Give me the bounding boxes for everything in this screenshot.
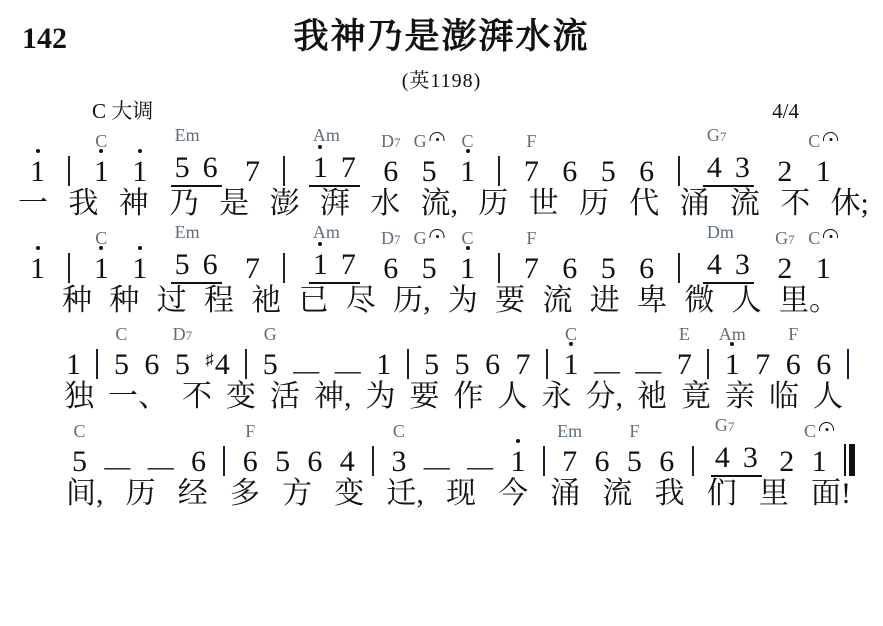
note-value: 7 <box>677 350 692 380</box>
music-line-4: 5C——66F5643C——17Em65F6G74321C <box>72 417 855 477</box>
lyric-char: 水 <box>370 187 400 222</box>
note: 1 <box>313 250 328 280</box>
lyric-char: 我 <box>655 477 685 512</box>
note: 5 <box>455 350 470 380</box>
lyric-char: 今 <box>498 477 528 512</box>
chord-seventh: 7 <box>394 233 401 246</box>
note: 6 <box>191 447 206 477</box>
time-signature: 4/4 <box>772 99 799 124</box>
barline <box>68 253 70 283</box>
beamed-notes: Dm43 <box>703 250 754 284</box>
barline <box>96 349 98 379</box>
note-value: 1 <box>376 350 391 380</box>
lyric-char: 进 <box>590 284 620 319</box>
note-value: 2 <box>777 157 792 187</box>
note: 7 <box>341 153 356 183</box>
lyric-char: 世 <box>529 187 559 222</box>
barline <box>847 349 849 379</box>
note-value: 6 <box>191 447 206 477</box>
chord-label: C <box>462 132 474 150</box>
chord-label: Em <box>557 422 582 440</box>
note: 3 <box>735 250 750 280</box>
note-value: 5 <box>601 254 616 284</box>
note-value: 1 <box>816 157 831 187</box>
chord-seventh: 7 <box>394 136 401 149</box>
chord-label: C <box>462 229 474 247</box>
note: 7 <box>245 254 260 284</box>
barline <box>692 446 694 476</box>
lyric-char: 神 <box>119 187 149 222</box>
note: 5 <box>175 250 190 280</box>
chord-seventh: 7 <box>728 420 735 433</box>
note: 4 <box>715 443 730 473</box>
note: 6 <box>203 153 218 183</box>
barline <box>678 156 680 186</box>
system-3: 15C65D7♯45G——155671C——7E1Am76F6 独一、不变活神,… <box>0 320 883 415</box>
note-value: 7 <box>516 350 531 380</box>
note: 7Em <box>562 447 577 477</box>
lyric-char: 历, <box>393 284 431 319</box>
note: 2 <box>779 447 794 477</box>
lyric-char: 现 <box>446 477 476 512</box>
chord-seventh: 7 <box>186 329 193 342</box>
chord-label: Am <box>313 223 340 241</box>
note-value: 4 <box>715 443 730 473</box>
note: ♯4 <box>205 350 230 380</box>
lyrics-line-2: 种种过程祂已尽历,为要流进卑微人里。 <box>62 284 839 319</box>
lyric-char: 祂 <box>637 380 667 415</box>
note-value: 5 <box>422 157 437 187</box>
note-value: 1 <box>725 350 740 380</box>
note-value: 1 <box>30 157 45 187</box>
sharp-sign: ♯ <box>205 350 214 369</box>
note-value: 6 <box>144 350 159 380</box>
note-value: 1 <box>132 157 147 187</box>
chord-label: Am <box>719 325 746 343</box>
lyric-char: 休; <box>831 187 869 222</box>
note-value: 5 <box>275 447 290 477</box>
lyric-char: 程 <box>204 284 234 319</box>
note: 1C <box>460 254 475 284</box>
note: 2 <box>777 157 792 187</box>
note-value: 1 <box>30 254 45 284</box>
lyrics-line-4: 间,历经多方变迁,现今涌流我们里面! <box>66 477 851 512</box>
note: 5D7 <box>175 350 190 380</box>
final-barline <box>844 444 855 476</box>
chord-label: Am <box>313 126 340 144</box>
note-value: 6 <box>383 157 398 187</box>
note-value: 6 <box>203 153 218 183</box>
lyric-char: 活 <box>270 380 300 415</box>
note-value: 5 <box>72 447 87 477</box>
lyric-char: 里 <box>759 477 789 512</box>
note: 6 <box>639 254 654 284</box>
key-time-row: C 大调 4/4 <box>0 93 883 125</box>
note-value: 1 <box>66 350 81 380</box>
barline <box>283 253 285 283</box>
note-value: 5 <box>424 350 439 380</box>
note-value: 7 <box>562 447 577 477</box>
lyric-char: 祂 <box>251 284 281 319</box>
note: 1 <box>132 157 147 187</box>
note: 1C <box>94 157 109 187</box>
note-value: 1 <box>94 254 109 284</box>
note-value: 7 <box>341 153 356 183</box>
lyric-char: 为 <box>366 380 396 415</box>
lyric-char: 乃 <box>169 187 199 222</box>
note: 5F <box>627 447 642 477</box>
music-line-1: 11C1Em567Am176D75G1C7F656G74321C <box>30 127 831 187</box>
lyric-char: 一 <box>18 187 48 222</box>
note: 2G7 <box>777 254 792 284</box>
note: 1C <box>460 157 475 187</box>
note: 7F <box>524 157 539 187</box>
note-value: 5 <box>627 447 642 477</box>
note: 6F <box>243 447 258 477</box>
note: 4 <box>340 447 355 477</box>
chord-label: F <box>788 325 798 343</box>
note-value: 6 <box>639 157 654 187</box>
note: 6 <box>203 250 218 280</box>
note-value: 6 <box>816 350 831 380</box>
lyric-char: 历 <box>126 477 156 512</box>
lyric-char: 面! <box>811 477 851 512</box>
lyric-char: 作 <box>454 380 484 415</box>
fermata-icon <box>430 132 445 141</box>
note-value: 1 <box>460 157 475 187</box>
note-value: 6 <box>203 250 218 280</box>
note-value: 6 <box>562 157 577 187</box>
note-value: 1 <box>510 447 525 477</box>
lyric-char: 为 <box>448 284 478 319</box>
chord-label: D7 <box>381 229 401 247</box>
note: 1C <box>94 254 109 284</box>
note-value: 1 <box>563 350 578 380</box>
lyric-char: 多 <box>230 477 260 512</box>
lyric-char: 里。 <box>779 284 839 319</box>
note-value: 1 <box>132 254 147 284</box>
lyric-char: 是 <box>219 187 249 222</box>
system-2: 11C1Em567Am176D75G1C7F656Dm432G71C 种种过程祂… <box>0 224 883 319</box>
barline <box>372 446 374 476</box>
note-value: 4 <box>215 350 230 380</box>
note: 5G <box>422 254 437 284</box>
note: 4 <box>707 153 722 183</box>
lyric-char: 人 <box>498 380 528 415</box>
lyric-char: 流 <box>730 187 760 222</box>
note: 6 <box>816 350 831 380</box>
barline <box>498 156 500 186</box>
note: 6 <box>307 447 322 477</box>
lyric-char: 亲 <box>725 380 755 415</box>
note-value: 5 <box>175 153 190 183</box>
lyric-char: 种 <box>62 284 92 319</box>
note: 6D7 <box>383 157 398 187</box>
barline <box>546 349 548 379</box>
chord-label: C <box>95 132 107 150</box>
lyric-char: 变 <box>334 477 364 512</box>
chord-label: Dm <box>707 223 734 241</box>
lyric-char: 变 <box>226 380 256 415</box>
key-label: C 大调 <box>92 95 153 125</box>
note: 3 <box>735 153 750 183</box>
note: 5G <box>263 350 278 380</box>
lyric-char: 人 <box>813 380 843 415</box>
note-value: 1 <box>816 254 831 284</box>
chord-label: F <box>526 229 536 247</box>
lyric-char: 流 <box>542 284 572 319</box>
fermata-icon <box>823 132 838 141</box>
lyric-char: 澎 <box>270 187 300 222</box>
note: 5 <box>601 157 616 187</box>
note-value: 1 <box>94 157 109 187</box>
lyric-char: 涌 <box>550 477 580 512</box>
beamed-notes: G743 <box>703 153 754 187</box>
note: 7 <box>755 350 770 380</box>
note-value: 7 <box>524 157 539 187</box>
note-value: 5 <box>422 254 437 284</box>
note-value: 4 <box>707 153 722 183</box>
note-value: 5 <box>175 350 190 380</box>
note: 5C <box>114 350 129 380</box>
note: 6F <box>786 350 801 380</box>
hymn-subtitle: (英1198) <box>0 64 883 93</box>
note: 5 <box>424 350 439 380</box>
note-value: 6 <box>595 447 610 477</box>
chord-label: C <box>95 229 107 247</box>
note: 6 <box>639 157 654 187</box>
note-value: 5 <box>601 157 616 187</box>
note-value: 5 <box>175 250 190 280</box>
lyric-char: 流, <box>421 187 459 222</box>
chord-label: G7 <box>715 416 735 434</box>
lyric-char: 不 <box>780 187 810 222</box>
note-value: 1 <box>313 153 328 183</box>
note: 7 <box>516 350 531 380</box>
lyric-char: 涌 <box>680 187 710 222</box>
barline <box>245 349 247 379</box>
note-value: 6 <box>485 350 500 380</box>
note-value: 7 <box>245 157 260 187</box>
chord-label: D7 <box>381 132 401 150</box>
chord-label: D7 <box>173 325 193 343</box>
note-value: 4 <box>707 250 722 280</box>
lyric-char: 永 <box>542 380 572 415</box>
note-value: 7 <box>524 254 539 284</box>
note-value: 7 <box>245 254 260 284</box>
lyric-char: 微 <box>684 284 714 319</box>
note: 1 <box>510 447 525 477</box>
note-value: 2 <box>777 254 792 284</box>
lyric-char: 迁, <box>386 477 424 512</box>
chord-label: C <box>808 132 838 150</box>
note: 1 <box>313 153 328 183</box>
lyric-char: 历 <box>579 187 609 222</box>
note: 5 <box>601 254 616 284</box>
note: 7 <box>341 250 356 280</box>
lyric-char: 间, <box>66 477 104 512</box>
lyric-char: 卑 <box>637 284 667 319</box>
lyric-char: 临 <box>769 380 799 415</box>
note: 3 <box>743 443 758 473</box>
music-line-3: 15C65D7♯45G——155671C——7E1Am76F6 <box>66 320 849 380</box>
lyric-char: 要 <box>410 380 440 415</box>
page-title: 我神乃是澎湃水流 <box>0 16 883 58</box>
music-line-2: 11C1Em567Am176D75G1C7F656Dm432G71C <box>30 224 831 284</box>
note-value: 3 <box>735 250 750 280</box>
chord-seventh: 7 <box>788 233 795 246</box>
chord-label: F <box>245 422 255 440</box>
barline <box>68 156 70 186</box>
hymn-page: 142 我神乃是澎湃水流 (英1198) C 大调 4/4 11C1Em567A… <box>0 0 883 626</box>
barline <box>543 446 545 476</box>
lyric-char: 种 <box>109 284 139 319</box>
note: 7F <box>524 254 539 284</box>
lyric-char: 一、 <box>108 380 168 415</box>
barline <box>283 156 285 186</box>
note-value: 3 <box>743 443 758 473</box>
note: 1 <box>30 157 45 187</box>
chord-label: C <box>393 422 405 440</box>
note-value: 6 <box>659 447 674 477</box>
chord-label: C <box>565 325 577 343</box>
note-value: 6 <box>383 254 398 284</box>
lyric-char: 人 <box>732 284 762 319</box>
note-value: 4 <box>340 447 355 477</box>
lyric-char: 不 <box>182 380 212 415</box>
chord-label: F <box>629 422 639 440</box>
chord-label: G <box>414 132 445 150</box>
note: 3C <box>391 447 406 477</box>
lyric-char: 过 <box>157 284 187 319</box>
barline <box>407 349 409 379</box>
note: 7E <box>677 350 692 380</box>
note-value: 7 <box>755 350 770 380</box>
lyric-char: 尽 <box>346 284 376 319</box>
beamed-notes: G743 <box>711 443 762 477</box>
barline <box>223 446 225 476</box>
chord-label: G7 <box>707 126 727 144</box>
note-value: 6 <box>562 254 577 284</box>
lyric-char: 已 <box>298 284 328 319</box>
beamed-notes: Em56 <box>171 250 222 284</box>
lyric-char: 经 <box>178 477 208 512</box>
note-value: 3 <box>735 153 750 183</box>
chord-label: Em <box>175 126 200 144</box>
fermata-icon <box>430 229 445 238</box>
note-value: 2 <box>779 447 794 477</box>
note-value: 6 <box>786 350 801 380</box>
note-value: 7 <box>341 250 356 280</box>
note: 5C <box>72 447 87 477</box>
note: 1C <box>563 350 578 380</box>
note: 1 <box>30 254 45 284</box>
note: 6 <box>562 254 577 284</box>
note: 1 <box>66 350 81 380</box>
note-value: 6 <box>243 447 258 477</box>
fermata-icon <box>819 422 834 431</box>
chord-label: G <box>264 325 277 343</box>
lyric-char: 分, <box>586 380 624 415</box>
chord-label: F <box>526 132 536 150</box>
chord-label: C <box>115 325 127 343</box>
note: 1C <box>812 447 827 477</box>
note: 1Am <box>725 350 740 380</box>
lyric-char: 代 <box>629 187 659 222</box>
lyric-char: 独 <box>64 380 94 415</box>
chord-label: E <box>679 325 690 343</box>
barline <box>678 253 680 283</box>
note: 5 <box>275 447 290 477</box>
chord-label: C <box>808 229 838 247</box>
lyric-char: 方 <box>282 477 312 512</box>
fermata-icon <box>823 229 838 238</box>
barline <box>707 349 709 379</box>
note-value: 3 <box>391 447 406 477</box>
note: 4 <box>707 250 722 280</box>
beamed-notes: Am17 <box>309 153 360 187</box>
note: 1C <box>816 157 831 187</box>
note: 1 <box>132 254 147 284</box>
note: 1C <box>816 254 831 284</box>
chord-label: G <box>414 229 445 247</box>
note-value: 5 <box>455 350 470 380</box>
lyrics-line-1: 一我神乃是澎湃水流,历世历代涌流不休; <box>18 187 869 222</box>
chord-label: C <box>804 422 834 440</box>
system-4: 5C——66F5643C——17Em65F6G74321C 间,历经多方变迁,现… <box>0 417 883 512</box>
barline <box>498 253 500 283</box>
lyric-char: 们 <box>707 477 737 512</box>
chord-label: C <box>73 422 85 440</box>
chord-seventh: 7 <box>720 130 727 143</box>
lyric-char: 湃 <box>320 187 350 222</box>
note: 6 <box>144 350 159 380</box>
lyric-char: 历 <box>478 187 508 222</box>
note-value: 5 <box>114 350 129 380</box>
beamed-notes: Em56 <box>171 153 222 187</box>
note-value: 6 <box>307 447 322 477</box>
beamed-notes: Am17 <box>309 250 360 284</box>
note-value: 6 <box>639 254 654 284</box>
lyric-char: 竟 <box>681 380 711 415</box>
note-value: 1 <box>313 250 328 280</box>
lyric-char: 我 <box>68 187 98 222</box>
note: 6 <box>595 447 610 477</box>
note: 1 <box>376 350 391 380</box>
note: 5 <box>175 153 190 183</box>
lyric-char: 流 <box>602 477 632 512</box>
note: 6 <box>562 157 577 187</box>
system-1: 11C1Em567Am176D75G1C7F656G74321C 一我神乃是澎湃… <box>0 127 883 222</box>
note: 5G <box>422 157 437 187</box>
lyrics-line-3: 独一、不变活神,为要作人永分,祂竟亲临人 <box>64 380 843 415</box>
chord-label: Em <box>175 223 200 241</box>
note: 6 <box>485 350 500 380</box>
hymn-number: 142 <box>22 22 67 56</box>
note: 6D7 <box>383 254 398 284</box>
note: 7 <box>245 157 260 187</box>
chord-label: G7 <box>775 229 795 247</box>
lyric-char: 要 <box>495 284 525 319</box>
note-value: 5 <box>263 350 278 380</box>
lyric-char: 神, <box>314 380 352 415</box>
note-value: 1 <box>460 254 475 284</box>
note: 6 <box>659 447 674 477</box>
note-value: 1 <box>812 447 827 477</box>
